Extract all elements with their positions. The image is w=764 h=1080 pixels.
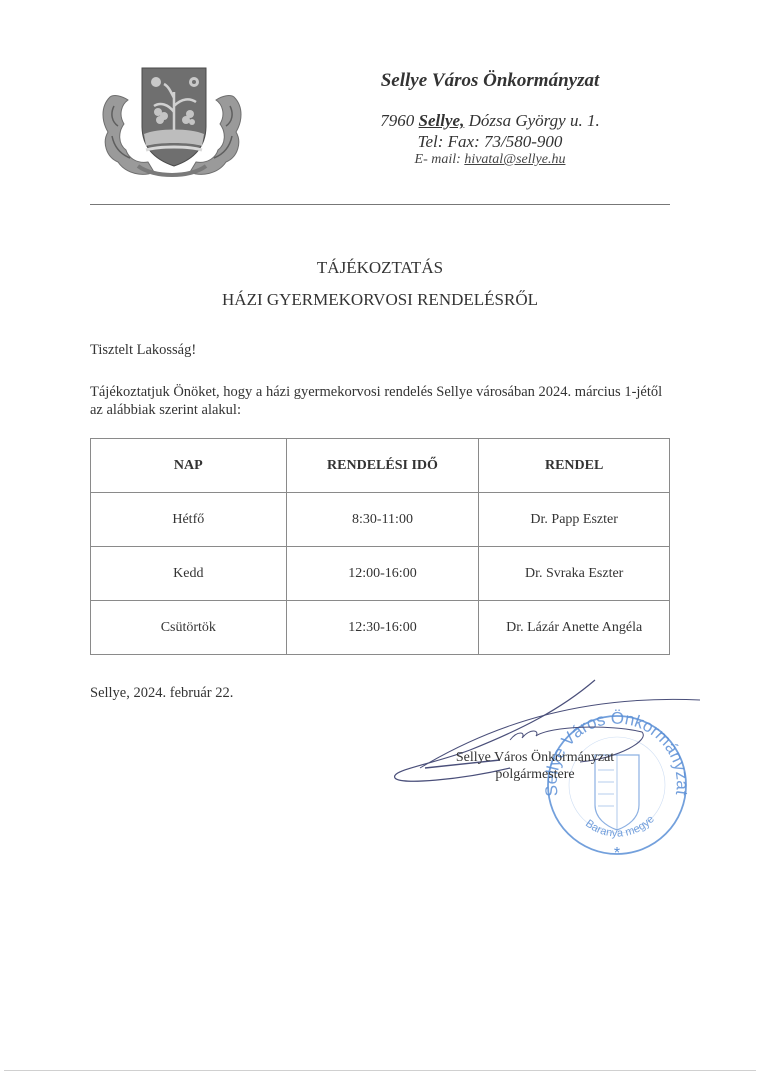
address-city: Sellye, (419, 111, 465, 130)
header-day: NAP (91, 439, 287, 493)
cell-doctor: Dr. Papp Eszter (479, 493, 670, 547)
document-date: Sellye, 2024. február 22. (90, 685, 233, 702)
document-subtitle: HÁZI GYERMEKORVOSI RENDELÉSRŐL (90, 290, 670, 310)
signatory-organization: Sellye Város Önkormányzat (420, 750, 650, 766)
signatory-title: polgármestere (420, 767, 650, 783)
svg-text:*: * (614, 845, 620, 862)
cell-hours: 8:30-11:00 (286, 493, 479, 547)
header-divider (90, 204, 670, 205)
cell-hours: 12:30-16:00 (286, 601, 479, 655)
organization-name: Sellye Város Önkormányzat (300, 70, 680, 92)
header-doctor: RENDEL (479, 439, 670, 493)
table-row: Csütörtök 12:30-16:00 Dr. Lázár Anette A… (91, 601, 670, 655)
cell-hours: 12:00-16:00 (286, 547, 479, 601)
document-title: TÁJÉKOZTATÁS (90, 258, 670, 278)
salutation: Tisztelt Lakosság! (90, 341, 670, 359)
table-row: Hétfő 8:30-11:00 Dr. Papp Eszter (91, 493, 670, 547)
address: 7960 Sellye, Dózsa György u. 1. (300, 111, 680, 131)
cell-day: Csütörtök (91, 601, 287, 655)
postal-code: 7960 (380, 111, 414, 130)
cell-doctor: Dr. Lázár Anette Angéla (479, 601, 670, 655)
svg-text:Baranya megye: Baranya megye (583, 813, 657, 839)
official-stamp-icon: Sellye Város Önkormányzat Baranya megye … (542, 709, 692, 862)
coat-of-arms-icon (98, 62, 246, 180)
phone-fax: Tel: Fax: 73/580-900 (300, 132, 680, 152)
email-link[interactable]: hivatal@sellye.hu (464, 152, 565, 167)
email-label: E- mail: (415, 152, 461, 167)
header-hours: RENDELÉSI IDŐ (286, 439, 479, 493)
email-line: E- mail: hivatal@sellye.hu (300, 152, 680, 168)
page-bottom-edge (4, 1070, 756, 1071)
address-street: Dózsa György u. 1. (469, 111, 600, 130)
table-header-row: NAP RENDELÉSI IDŐ RENDEL (91, 439, 670, 493)
cell-doctor: Dr. Svraka Eszter (479, 547, 670, 601)
schedule-table: NAP RENDELÉSI IDŐ RENDEL Hétfő 8:30-11:0… (90, 438, 670, 655)
table-row: Kedd 12:00-16:00 Dr. Svraka Eszter (91, 547, 670, 601)
cell-day: Kedd (91, 547, 287, 601)
intro-paragraph: Tájékoztatjuk Önöket, hogy a házi gyerme… (90, 383, 670, 419)
cell-day: Hétfő (91, 493, 287, 547)
